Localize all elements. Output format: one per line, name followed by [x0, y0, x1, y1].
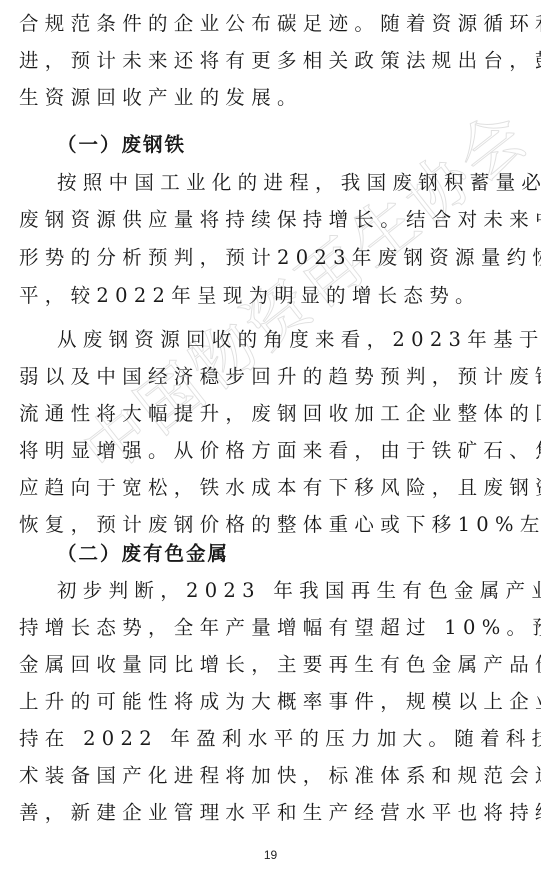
section-heading-scrap-steel: （一）废钢铁: [57, 130, 541, 160]
text-line: 废钢资源供应量将持续保持增长。结合对未来中国钢材供需: [19, 205, 529, 235]
text-line: 弱以及中国经济稳步回升的趋势预判，预计废钢资源的社会: [19, 362, 529, 392]
text-line: 金属回收量同比增长，主要再生有色金属产品价格出现震荡: [19, 650, 529, 680]
text-line: 流通性将大幅提升，废钢回收加工企业整体的回收积极性也: [19, 399, 529, 429]
text-line: 持增长态势，全年产量增幅有望超过 10%。预计国内废有色: [19, 613, 529, 643]
page-number: 19: [0, 848, 541, 862]
section-heading-nonferrous: （二）废有色金属: [57, 539, 541, 569]
text-line: 善，新建企业管理水平和生产经营水平也将持续提高。: [19, 798, 529, 828]
text-line: 应趋向于宽松，铁水成本有下移风险，且废钢资源量将逐步: [19, 473, 529, 503]
text-line: 持在 2022 年盈利水平的压力加大。随着科技的进步，未来技: [19, 724, 529, 754]
text-line: 上升的可能性将成为大概率事件，规模以上企业实现利润维: [19, 687, 529, 717]
text-line: 将明显增强。从价格方面来看，由于铁矿石、焦炭的整体供: [19, 436, 529, 466]
text-line: 生资源回收产业的发展。: [19, 83, 529, 113]
text-line: 初步判断，2023 年我国再生有色金属产业规模总体将保: [57, 576, 541, 606]
text-line: 恢复，预计废钢价格的整体重心或下移10%左右。: [19, 510, 529, 540]
text-line: 术装备国产化进程将加快，标准体系和规范会进一步得到完: [19, 761, 529, 791]
text-line: 合规范条件的企业公布碳足迹。随着资源循环利用的持续推: [19, 9, 529, 39]
text-line: 形势的分析预判，预计2023年废钢资源量约恢复至2020年水: [19, 243, 529, 273]
text-line: 平，较2022年呈现为明显的增长态势。: [19, 281, 529, 311]
text-line: 进，预计未来还将有更多相关政策法规出台，鼓励和支持再: [19, 46, 529, 76]
text-line: 从废钢资源回收的角度来看，2023年基于疫情影响的减: [57, 325, 541, 355]
text-line: 按照中国工业化的进程，我国废钢积蓄量必将不断增加，: [57, 168, 541, 198]
